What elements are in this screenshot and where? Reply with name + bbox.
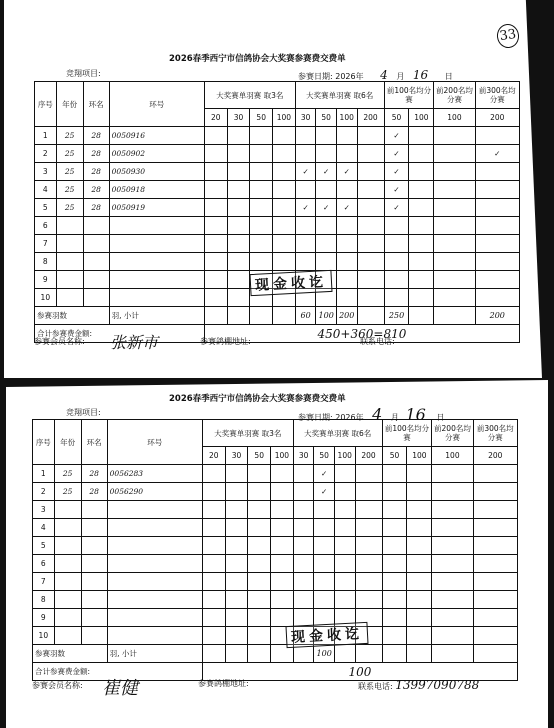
row-seq: 6 — [33, 555, 55, 573]
row-year — [54, 627, 81, 645]
row-ring-no: 0050918 — [109, 181, 204, 199]
check-cell[interactable] — [355, 573, 382, 591]
check-cell[interactable] — [204, 253, 227, 271]
row-ring-name: 28 — [83, 181, 109, 199]
check-cell[interactable] — [293, 483, 314, 501]
check-cell[interactable] — [225, 537, 248, 555]
subtotal-cell — [202, 645, 225, 663]
subtotal-cell: 200 — [336, 307, 357, 325]
check-cell[interactable] — [227, 217, 250, 235]
table-row: 525280050919✓✓✓✓ — [35, 199, 520, 217]
row-ring-name: 28 — [81, 483, 107, 501]
check-cell[interactable] — [475, 217, 519, 235]
check-cell[interactable] — [473, 555, 517, 573]
check-cell[interactable] — [225, 483, 248, 501]
col-group-top6: 大奖赛单羽赛 取6名 — [293, 420, 382, 447]
check-cell[interactable] — [271, 519, 294, 537]
date-month: 4 — [380, 68, 388, 82]
check-cell[interactable] — [384, 271, 409, 289]
check-cell[interactable] — [384, 289, 409, 307]
check-cell[interactable] — [473, 609, 517, 627]
check-cell[interactable] — [316, 235, 337, 253]
fee-tier-header: 100 — [334, 447, 355, 465]
check-cell[interactable] — [271, 573, 294, 591]
row-ring-no: 0050902 — [109, 145, 204, 163]
check-cell[interactable] — [473, 519, 517, 537]
check-cell[interactable] — [204, 163, 227, 181]
subtotal-cell — [334, 645, 355, 663]
check-cell[interactable] — [271, 609, 294, 627]
check-cell[interactable] — [473, 483, 517, 501]
check-cell[interactable] — [336, 253, 357, 271]
check-cell[interactable] — [434, 217, 475, 235]
check-cell[interactable] — [384, 253, 409, 271]
check-cell[interactable] — [334, 537, 355, 555]
check-cell[interactable] — [409, 253, 434, 271]
check-cell[interactable] — [473, 537, 517, 555]
check-cell[interactable] — [475, 181, 519, 199]
check-cell[interactable] — [271, 501, 294, 519]
check-cell[interactable] — [271, 591, 294, 609]
check-cell[interactable] — [314, 555, 335, 573]
check-cell[interactable] — [409, 199, 434, 217]
col-group-top300: 前300名均分赛 — [475, 82, 519, 109]
check-cell[interactable] — [202, 501, 225, 519]
check-cell[interactable] — [407, 627, 432, 645]
check-cell[interactable] — [384, 235, 409, 253]
check-cell[interactable] — [407, 465, 432, 483]
fee-tier-header: 200 — [473, 447, 517, 465]
check-cell[interactable] — [473, 591, 517, 609]
check-cell[interactable] — [432, 573, 473, 591]
row-seq: 5 — [35, 199, 57, 217]
check-cell[interactable] — [250, 163, 273, 181]
check-cell[interactable] — [202, 609, 225, 627]
check-cell[interactable]: ✓ — [316, 163, 337, 181]
loft-address-label: 参赛鸽棚地址: — [200, 336, 251, 347]
check-cell[interactable] — [293, 501, 314, 519]
check-cell[interactable] — [202, 483, 225, 501]
check-cell[interactable] — [248, 555, 271, 573]
col-seq: 序号 — [33, 420, 55, 465]
check-cell[interactable] — [202, 591, 225, 609]
check-cell[interactable] — [334, 465, 355, 483]
check-cell[interactable]: ✓ — [314, 483, 335, 501]
check-cell[interactable] — [225, 591, 248, 609]
check-cell[interactable]: ✓ — [384, 127, 409, 145]
check-cell[interactable] — [227, 235, 250, 253]
check-cell[interactable] — [475, 199, 519, 217]
cash-received-stamp: 现金收讫 — [285, 622, 368, 648]
check-cell[interactable]: ✓ — [336, 199, 357, 217]
check-cell[interactable] — [204, 271, 227, 289]
check-cell[interactable] — [248, 537, 271, 555]
check-cell[interactable] — [355, 483, 382, 501]
check-cell[interactable] — [355, 501, 382, 519]
subtotal-cell — [227, 307, 250, 325]
check-cell[interactable] — [434, 253, 475, 271]
check-cell[interactable] — [225, 555, 248, 573]
check-cell[interactable] — [407, 573, 432, 591]
check-cell[interactable] — [248, 483, 271, 501]
check-cell[interactable] — [293, 537, 314, 555]
check-cell[interactable] — [475, 127, 519, 145]
check-cell[interactable]: ✓ — [384, 163, 409, 181]
check-cell[interactable] — [409, 127, 434, 145]
fee-tier-header: 30 — [293, 447, 314, 465]
check-cell[interactable]: ✓ — [295, 199, 316, 217]
fee-tier-header: 100 — [407, 447, 432, 465]
check-cell[interactable] — [227, 145, 250, 163]
row-seq: 3 — [33, 501, 55, 519]
check-cell[interactable] — [314, 537, 335, 555]
check-cell[interactable] — [225, 501, 248, 519]
row-ring-name — [81, 537, 107, 555]
check-cell[interactable] — [202, 627, 225, 645]
check-cell[interactable] — [336, 145, 357, 163]
row-ring-no — [107, 519, 202, 537]
check-cell[interactable] — [432, 519, 473, 537]
check-cell[interactable] — [355, 537, 382, 555]
check-cell[interactable]: ✓ — [384, 145, 409, 163]
check-cell[interactable] — [434, 181, 475, 199]
check-cell[interactable] — [204, 127, 227, 145]
check-cell[interactable] — [204, 145, 227, 163]
check-cell[interactable] — [475, 163, 519, 181]
table-row: 125280050916✓ — [35, 127, 520, 145]
check-cell[interactable] — [227, 163, 250, 181]
check-cell[interactable] — [293, 519, 314, 537]
row-ring-no — [109, 289, 204, 307]
check-cell[interactable] — [434, 235, 475, 253]
check-cell[interactable] — [271, 537, 294, 555]
check-cell[interactable] — [336, 127, 357, 145]
check-cell[interactable] — [357, 127, 384, 145]
check-cell[interactable] — [248, 465, 271, 483]
check-cell[interactable] — [227, 127, 250, 145]
check-cell[interactable] — [225, 609, 248, 627]
check-cell[interactable] — [382, 627, 407, 645]
row-ring-name — [83, 253, 109, 271]
row-ring-name: 28 — [83, 145, 109, 163]
check-cell[interactable] — [273, 181, 296, 199]
check-cell[interactable] — [204, 217, 227, 235]
check-cell[interactable] — [409, 271, 434, 289]
check-cell[interactable] — [382, 501, 407, 519]
check-cell[interactable] — [434, 271, 475, 289]
date-label: 参赛日期: 2026年 — [298, 72, 364, 81]
check-cell[interactable] — [250, 199, 273, 217]
check-cell[interactable] — [248, 573, 271, 591]
check-cell[interactable] — [357, 289, 384, 307]
check-cell[interactable] — [295, 253, 316, 271]
check-cell[interactable]: ✓ — [384, 181, 409, 199]
check-cell[interactable] — [382, 609, 407, 627]
check-cell[interactable] — [382, 465, 407, 483]
col-group-top100: 前100名均分赛 — [382, 420, 432, 447]
col-group-top3: 大奖赛单羽赛 取3名 — [202, 420, 293, 447]
check-cell[interactable] — [407, 483, 432, 501]
check-cell[interactable] — [382, 537, 407, 555]
day-label: 日 — [445, 72, 453, 81]
check-cell[interactable] — [355, 591, 382, 609]
check-cell[interactable] — [227, 181, 250, 199]
subtotal-cell — [409, 307, 434, 325]
table-row: 425280050918✓ — [35, 181, 520, 199]
table-row: 4 — [33, 519, 518, 537]
check-cell[interactable] — [473, 465, 517, 483]
check-cell[interactable] — [204, 199, 227, 217]
check-cell[interactable] — [204, 289, 227, 307]
check-cell[interactable] — [382, 591, 407, 609]
fee-tier-header: 30 — [227, 109, 250, 127]
check-cell[interactable] — [293, 465, 314, 483]
check-cell[interactable] — [295, 127, 316, 145]
subtotal-cell — [473, 645, 517, 663]
check-cell[interactable] — [475, 235, 519, 253]
check-cell[interactable] — [271, 483, 294, 501]
check-cell[interactable] — [434, 199, 475, 217]
check-cell[interactable] — [355, 465, 382, 483]
check-cell[interactable] — [293, 591, 314, 609]
subtotal-cell — [273, 307, 296, 325]
check-cell[interactable] — [336, 289, 357, 307]
check-cell[interactable] — [225, 519, 248, 537]
check-cell[interactable] — [475, 271, 519, 289]
table-row: 7 — [33, 573, 518, 591]
check-cell[interactable] — [248, 591, 271, 609]
check-cell[interactable] — [202, 465, 225, 483]
check-cell[interactable] — [295, 217, 316, 235]
check-cell[interactable] — [409, 235, 434, 253]
check-cell[interactable] — [432, 465, 473, 483]
row-seq: 8 — [35, 253, 57, 271]
row-ring-name: 28 — [83, 127, 109, 145]
check-cell[interactable] — [432, 609, 473, 627]
row-ring-name — [81, 519, 107, 537]
phone-value: 13997090788 — [395, 678, 479, 692]
check-cell[interactable] — [273, 235, 296, 253]
check-cell[interactable] — [314, 573, 335, 591]
check-cell[interactable] — [248, 501, 271, 519]
row-seq: 4 — [35, 181, 57, 199]
check-cell[interactable] — [382, 519, 407, 537]
row-year — [54, 519, 81, 537]
subtotal-unit: 羽, 小计 — [107, 645, 202, 663]
check-cell[interactable] — [473, 627, 517, 645]
check-cell[interactable] — [357, 199, 384, 217]
check-cell[interactable] — [384, 217, 409, 235]
check-cell[interactable] — [407, 537, 432, 555]
col-year: 年份 — [54, 420, 81, 465]
check-cell[interactable] — [407, 501, 432, 519]
check-cell[interactable] — [473, 501, 517, 519]
row-year: 25 — [56, 127, 83, 145]
row-ring-no — [109, 271, 204, 289]
check-cell[interactable] — [225, 465, 248, 483]
project-label: 竞翔项目: — [66, 407, 101, 418]
check-cell[interactable] — [271, 555, 294, 573]
check-cell[interactable] — [273, 163, 296, 181]
check-cell[interactable] — [295, 181, 316, 199]
check-cell[interactable] — [357, 217, 384, 235]
check-cell[interactable] — [316, 253, 337, 271]
check-cell[interactable] — [316, 181, 337, 199]
check-cell[interactable] — [334, 573, 355, 591]
check-cell[interactable] — [432, 537, 473, 555]
check-cell[interactable] — [336, 217, 357, 235]
check-cell[interactable] — [432, 501, 473, 519]
check-cell[interactable] — [336, 235, 357, 253]
check-cell[interactable] — [273, 217, 296, 235]
phone-label: 联系电话: — [360, 336, 395, 347]
check-cell[interactable] — [273, 145, 296, 163]
cash-received-stamp: 现金收讫 — [249, 270, 332, 296]
check-cell[interactable] — [434, 127, 475, 145]
check-cell[interactable] — [357, 271, 384, 289]
check-cell[interactable] — [407, 519, 432, 537]
check-cell[interactable] — [250, 217, 273, 235]
table-row: 7 — [35, 235, 520, 253]
check-cell[interactable] — [432, 591, 473, 609]
row-ring-name: 28 — [81, 465, 107, 483]
check-cell[interactable]: ✓ — [295, 163, 316, 181]
check-cell[interactable] — [295, 145, 316, 163]
check-cell[interactable] — [314, 501, 335, 519]
check-cell[interactable]: ✓ — [475, 145, 519, 163]
fee-tier-header: 200 — [357, 109, 384, 127]
check-cell[interactable] — [357, 235, 384, 253]
check-cell[interactable]: ✓ — [384, 199, 409, 217]
check-cell[interactable] — [432, 627, 473, 645]
check-cell[interactable] — [248, 627, 271, 645]
subtotal-cell — [432, 645, 473, 663]
check-cell[interactable] — [202, 555, 225, 573]
check-cell[interactable] — [382, 483, 407, 501]
check-cell[interactable]: ✓ — [314, 465, 335, 483]
check-cell[interactable] — [250, 127, 273, 145]
check-cell[interactable] — [355, 555, 382, 573]
check-cell[interactable] — [382, 573, 407, 591]
phone-field: 联系电话: 13997090788 — [358, 678, 479, 692]
check-cell[interactable] — [334, 483, 355, 501]
check-cell[interactable] — [434, 163, 475, 181]
check-cell[interactable] — [293, 555, 314, 573]
check-cell[interactable] — [250, 235, 273, 253]
row-seq: 4 — [33, 519, 55, 537]
check-cell[interactable] — [225, 627, 248, 645]
check-cell[interactable] — [357, 253, 384, 271]
row-ring-name — [81, 501, 107, 519]
check-cell[interactable] — [273, 199, 296, 217]
check-cell[interactable] — [409, 289, 434, 307]
check-cell[interactable] — [248, 519, 271, 537]
check-cell[interactable] — [227, 289, 250, 307]
row-seq: 8 — [33, 591, 55, 609]
check-cell[interactable] — [475, 253, 519, 271]
row-year — [54, 609, 81, 627]
check-cell[interactable] — [409, 145, 434, 163]
fee-tier-header: 100 — [273, 109, 296, 127]
check-cell[interactable] — [432, 483, 473, 501]
row-year: 25 — [56, 145, 83, 163]
check-cell[interactable] — [204, 181, 227, 199]
row-ring-name — [83, 235, 109, 253]
check-cell[interactable] — [227, 199, 250, 217]
check-cell[interactable] — [271, 465, 294, 483]
check-cell[interactable] — [434, 145, 475, 163]
form-title: 2026春季西宁市信鸽协会大奖赛参赛费交费单 — [169, 52, 346, 64]
check-cell[interactable] — [204, 235, 227, 253]
check-cell[interactable] — [316, 145, 337, 163]
row-ring-name — [81, 609, 107, 627]
check-cell[interactable] — [250, 253, 273, 271]
subtotal-cell — [382, 645, 407, 663]
subtotal-cell: 200 — [475, 307, 519, 325]
check-cell[interactable]: ✓ — [316, 199, 337, 217]
check-cell[interactable] — [334, 555, 355, 573]
check-cell[interactable] — [202, 573, 225, 591]
check-cell[interactable] — [334, 519, 355, 537]
check-cell[interactable] — [250, 181, 273, 199]
fee-tier-header: 50 — [316, 109, 337, 127]
check-cell[interactable] — [316, 127, 337, 145]
check-cell[interactable] — [225, 573, 248, 591]
check-cell[interactable] — [314, 519, 335, 537]
check-cell[interactable] — [316, 217, 337, 235]
fee-tier-header: 20 — [204, 109, 227, 127]
check-cell[interactable] — [355, 519, 382, 537]
check-cell[interactable] — [407, 609, 432, 627]
check-cell[interactable] — [434, 289, 475, 307]
fee-tier-header: 100 — [271, 447, 294, 465]
check-cell[interactable] — [382, 555, 407, 573]
check-cell[interactable] — [407, 555, 432, 573]
check-cell[interactable] — [227, 253, 250, 271]
check-cell[interactable]: ✓ — [336, 163, 357, 181]
table-row: 6 — [35, 217, 520, 235]
check-cell[interactable] — [473, 573, 517, 591]
check-cell[interactable] — [409, 217, 434, 235]
check-cell[interactable] — [336, 181, 357, 199]
check-cell[interactable] — [273, 127, 296, 145]
check-cell[interactable] — [250, 145, 273, 163]
check-cell[interactable] — [357, 145, 384, 163]
check-cell[interactable] — [295, 235, 316, 253]
check-cell[interactable] — [407, 591, 432, 609]
check-cell[interactable] — [432, 555, 473, 573]
check-cell[interactable] — [202, 537, 225, 555]
check-cell[interactable] — [293, 573, 314, 591]
check-cell[interactable] — [334, 591, 355, 609]
check-cell[interactable] — [409, 163, 434, 181]
check-cell[interactable] — [409, 181, 434, 199]
check-cell[interactable] — [475, 289, 519, 307]
check-cell[interactable] — [248, 609, 271, 627]
col-year: 年份 — [56, 82, 83, 127]
subtotal-cell — [355, 645, 382, 663]
col-seq: 序号 — [35, 82, 57, 127]
check-cell[interactable] — [336, 271, 357, 289]
check-cell[interactable] — [357, 181, 384, 199]
row-year — [54, 573, 81, 591]
check-cell[interactable] — [334, 501, 355, 519]
check-cell[interactable] — [273, 253, 296, 271]
check-cell[interactable] — [357, 163, 384, 181]
check-cell[interactable] — [314, 591, 335, 609]
check-cell[interactable] — [202, 519, 225, 537]
check-cell[interactable] — [227, 271, 250, 289]
